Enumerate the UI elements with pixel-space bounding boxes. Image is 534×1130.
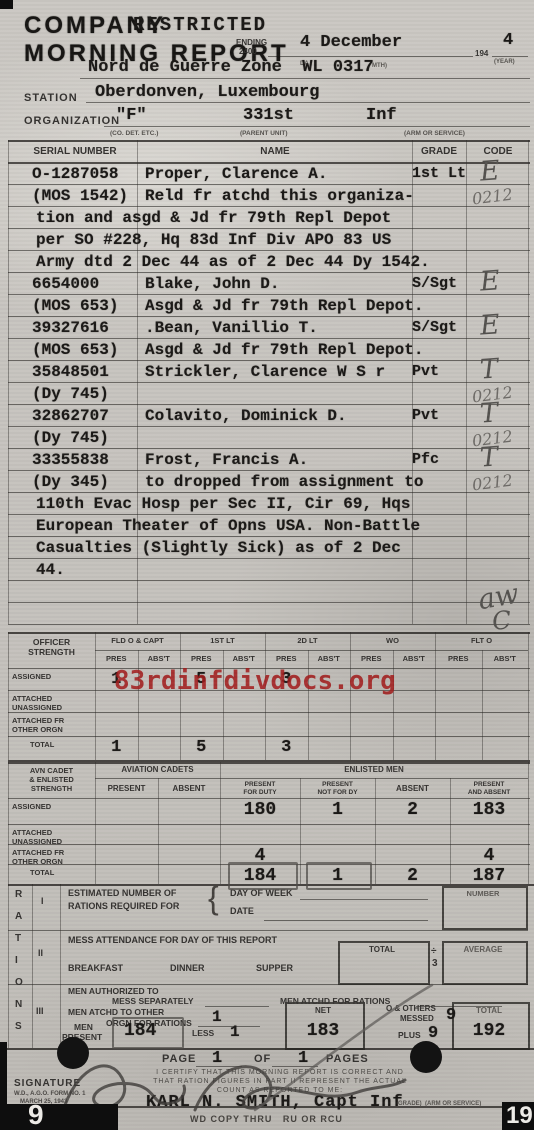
enlisted-cell-value: 2 [375,866,450,886]
watermark-text: 83rdinfdivdocs.org [114,666,396,696]
officer-table-rule [8,712,530,713]
divide-sign: ÷ [431,946,437,957]
org-arm-value: Inf [366,106,397,125]
punch-hole-left [57,1037,89,1069]
roster-row-rule [8,426,530,427]
enlisted-table-rule [95,778,528,779]
year-preprint: 194 [475,49,488,58]
officer-row-label: ATTACHED [12,694,52,703]
roster-code-handwritten: T [479,397,499,429]
roster-entry-text: per SO #228, Hq 83d Inf Div APO 83 US [36,231,391,249]
roster-row-rule [8,272,530,273]
roster-code-handwritten: 0212 [471,471,514,495]
enlisted-row-label: UNASSIGNED [12,837,62,846]
roster-serial: (MOS 653) [32,297,118,315]
officer-row-label: TOTAL [30,740,54,749]
roster-grade: Pvt [412,407,439,424]
rations-numeral-1: I [41,896,44,906]
roster-row-rule [8,580,530,581]
officer-sub-header-abst: ABS'T [223,654,266,663]
roster-header-serial: SERIAL NUMBER [20,146,130,157]
organization-underline [104,126,530,127]
enlisted-cell-value: 4 [450,846,528,866]
enlisted-column-header: ABSENT [158,784,220,793]
officer-cell-value: 3 [265,738,308,757]
officer-sub-header-abst: ABS'T [138,654,181,663]
enlisted-cell-value: 180 [220,800,300,820]
org-arm-sublabel: (ARM OR SERVICE) [404,130,465,137]
roster-serial: 35848501 [32,363,109,381]
officer-table-rule [528,632,529,760]
roster-row-rule [8,492,530,493]
roster-row-rule [8,448,530,449]
officer-cell-value: 5 [180,738,223,757]
roster-serial: O-1287058 [32,165,118,183]
officer-group-header: FLT O [435,636,528,645]
officer-sub-header-abst: ABS'T [482,654,529,663]
roster-entry-text: Army dtd 2 Dec 44 as of 2 Dec 44 Dy 1542… [36,253,430,271]
enlisted-table-rule [8,798,530,799]
enlisted-column-header: PRESENT [95,784,158,793]
year-value: 4 [503,31,513,50]
roster-serial: 6654000 [32,275,99,293]
station-underline [86,102,530,103]
roster-entry-text: European Theater of Opns USA. Non-Battle [36,517,420,535]
roster-entry-text: Casualties (Slightly Sick) as of 2 Dec [36,539,401,557]
film-edge-left-strip [0,1042,7,1106]
roster-row-rule [8,558,530,559]
zone-value: Nord de Guerre Zone WL 0317 [88,58,374,77]
org-parent-value: 331st [243,106,294,125]
officer-sub-header-pres: PRES [95,654,138,663]
officer-strength-title: STRENGTH [10,647,93,657]
day-of-week-underline [300,899,428,900]
aviation-cadets-header: AVIATION CADETS [95,765,220,774]
roster-entry-text: 44. [36,561,65,579]
org-company-value: "F" [116,106,147,125]
enlisted-table-rule [158,778,159,884]
punch-hole-right [410,1041,442,1073]
roster-code-handwritten: T [479,353,499,385]
enlisted-cell-value: 187 [450,866,528,886]
enlisted-table-rule [8,844,530,845]
roster-entry-text: Frost, Francis A. [145,451,308,469]
roster-grade: Pvt [412,363,439,380]
roster-code-handwritten: T [479,441,499,473]
roster-serial: (Dy 345) [32,473,109,491]
enlisted-column-header: PRESENT [300,781,375,788]
enlisted-cell-value: 1 [300,800,375,820]
roster-entry-text: tion and asgd & Jd fr 79th Repl Depot [36,209,391,227]
enlisted-table-rule [8,762,9,884]
roster-entry-text: Strickler, Clarence W S r [145,363,385,381]
officer-table-top-rule [8,632,530,634]
enlisted-cell-value: 2 [375,800,450,820]
officer-group-header: 2D LT [265,636,350,645]
officer-sub-header-pres: PRES [350,654,393,663]
officer-row-label: ATTACHED FR [12,716,64,725]
roster-code-handwritten: E [479,309,501,341]
officer-table-rule [8,632,9,760]
roster-entry-text: .Bean, Vanillio T. [145,319,318,337]
rations-vertical-letter: T [15,933,21,944]
roster-serial: 39327616 [32,319,109,337]
date-label: DATE [230,906,254,916]
station-value: Oberdonven, Luxembourg [95,83,319,102]
total-pencil-box-2 [306,862,372,890]
enlisted-men-header: ENLISTED MEN [220,765,528,774]
enlisted-column-header: AND ABSENT [450,789,528,796]
officer-sub-header-abst: ABS'T [393,654,436,663]
rations1-label-line1: ESTIMATED NUMBER OF [68,888,176,898]
roster-grade: S/Sgt [412,275,457,292]
enlisted-row-label: OTHER ORGN [12,857,63,866]
roster-row-rule [8,404,530,405]
officer-group-header: WO [350,636,435,645]
enlisted-strength-title: AVN CADET [10,766,93,775]
enlisted-column-header: PRESENT [220,781,300,788]
officer-table-rule [482,650,483,760]
roster-entry-text: Reld fr atchd this organiza- [145,187,414,205]
rations1-brace: { [208,880,219,917]
report-date-value: 4 December [300,33,402,52]
month-sublabel: MTH) [372,63,387,69]
ending-label: ENDING [236,38,267,47]
roster-grade: Pfc [412,451,439,468]
roster-row-rule [8,294,530,295]
rations-numeral-2: II [38,948,43,958]
roster-top-rule [8,140,530,142]
handwritten-initials-bottom: C [491,605,513,636]
officer-table-rule [435,632,436,760]
officer-group-header: FLD O & CAPT [95,636,180,645]
roster-grade: S/Sgt [412,319,457,336]
rations-vertical-letter: A [15,911,22,922]
date-underline [268,56,473,57]
film-frame-number-right: 19 [506,1102,533,1130]
film-frame-number-left: 9 [28,1099,44,1130]
roster-grade: 1st Lt [412,165,466,182]
enlisted-row-label: ATTACHED FR [12,848,64,857]
officer-sub-header-pres: PRES [435,654,482,663]
officer-row-label: UNASSIGNED [12,703,62,712]
roster-row-rule [8,624,530,625]
roster-header-grade: GRADE [412,146,466,157]
enlisted-column-header: FOR DUTY [220,789,300,796]
officer-sub-header-pres: PRES [180,654,223,663]
enlisted-column-header: NOT FOR DY [300,789,375,796]
enlisted-table-rule [8,824,530,825]
roster-row-rule [8,250,530,251]
officer-table-rule [8,736,530,737]
roster-header-name: NAME [220,146,330,157]
officer-group-header: 1ST LT [180,636,265,645]
roster-row-rule [8,470,530,471]
mess-attendance-label: MESS ATTENDANCE FOR DAY OF THIS REPORT [68,935,277,945]
roster-row-rule [8,228,530,229]
roster-row-rule [8,536,530,537]
enlisted-column-header: ABSENT [375,784,450,793]
enlisted-column-header: PRESENT [450,781,528,788]
enlisted-strength-title: STRENGTH [10,784,93,793]
officer-row-label: OTHER ORGN [12,725,63,734]
pencil-stroke [255,985,432,1110]
roster-entry-text: Colavito, Dominick D. [145,407,347,425]
enlisted-cell-value: 183 [450,800,528,820]
roster-serial: 33355838 [32,451,109,469]
year-underline [492,56,528,57]
film-edge-top-left [0,0,13,9]
officer-sub-header-pres: PRES [265,654,308,663]
roster-row-rule [8,184,530,185]
roster-serial: (Dy 745) [32,429,109,447]
roster-row-rule [8,338,530,339]
restricted-stamp: RESTRICTED [133,14,267,36]
officer-table-rule [350,632,351,760]
enlisted-table-rule [95,762,96,884]
roster-row-rule [8,360,530,361]
zone-underline [80,78,530,79]
rations-vertical-letter: R [15,889,22,900]
ending-time-label: 2400 [239,47,257,56]
enlisted-row-label: ATTACHED [12,828,52,837]
officer-cell-value: 1 [95,738,138,757]
roster-row-rule [8,206,530,207]
roster-entry-text: Asgd & Jd fr 79th Repl Depot. [145,341,423,359]
total-pencil-box-1 [228,862,298,890]
roster-entry-text: Proper, Clarence A. [145,165,327,183]
year-label: (YEAR) [494,59,515,65]
roster-entry-text: 110th Evac Hosp per Sec II, Cir 69, Hqs [36,495,410,513]
roster-code-handwritten: E [479,265,501,297]
roster-entry-text: to dropped from assignment to [145,473,423,491]
roster-serial: (MOS 653) [32,341,118,359]
enlisted-row-label: TOTAL [30,868,54,877]
roster-row-rule [8,514,530,515]
enlisted-table-top-rule [8,762,530,764]
roster-code-handwritten: E [479,155,501,187]
roster-entry-text: Blake, John D. [145,275,279,293]
roster-header-rule [8,162,530,164]
officer-strength-title: OFFICER [10,637,93,647]
org-parent-sublabel: (PARENT UNIT) [240,130,288,137]
morning-report-document: COMPANY RESTRICTED MORNING REPORT ENDING… [0,0,534,1130]
roster-row-rule [8,382,530,383]
roster-entry-text: Asgd & Jd fr 79th Repl Depot. [145,297,423,315]
number-box-label: NUMBER [442,889,524,898]
roster-serial: (MOS 1542) [32,187,128,205]
organization-label: ORGANIZATION [24,115,120,127]
date-underline-2 [264,920,428,921]
enlisted-table-rule [528,762,529,884]
enlisted-row-label: ASSIGNED [12,802,51,811]
total-box-ii-label: TOTAL [338,945,426,954]
roster-serial: 32862707 [32,407,109,425]
rations-row-rule-1 [8,930,528,931]
roster-serial: (Dy 745) [32,385,109,403]
film-edge-bottom-left [0,1104,118,1130]
roster-row-rule [8,602,530,603]
enlisted-strength-title: & ENLISTED [10,775,93,784]
roster-row-rule [8,316,530,317]
rations1-label-line2: RATIONS REQUIRED FOR [68,901,179,911]
officer-sub-header-abst: ABS'T [308,654,351,663]
org-company-sublabel: (CO. DET. ETC.) [110,130,158,137]
roster-code-handwritten: 0212 [471,185,514,209]
officer-row-label: ASSIGNED [12,672,51,681]
officer-table-rule [95,650,528,651]
average-box-label: AVERAGE [442,945,524,954]
station-label: STATION [24,92,78,104]
